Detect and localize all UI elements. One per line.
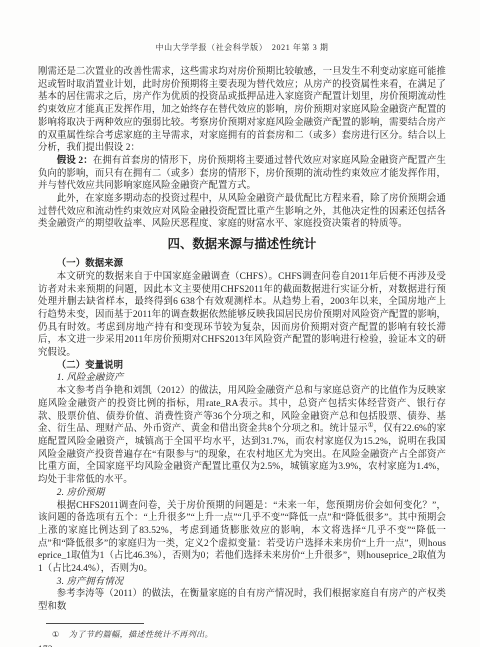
item-2-heading: 2. 房价预期: [38, 487, 446, 500]
paragraph-continuation: 刚需还是二次置业的改善性需求，这些需求均对房价预期比较敏感，一旦发生不利变动家庭…: [38, 66, 446, 155]
paragraph-hypothesis-2: 假设 2：在拥有首套房的情形下，房价预期将主要通过替代效应对家庭风险金融资产配置…: [38, 155, 446, 193]
paragraph-data-source: 本文研究的数据来自于中国家庭金融调查（CHFS）。CHFS调查问卷自2011年后…: [38, 271, 446, 360]
article-body: 刚需还是二次置业的改善性需求，这些需求均对房价预期比较敏感，一旦发生不利变动家庭…: [38, 66, 446, 614]
journal-header: 中山大学学报（社会科学版） 2021 年第 3 期: [38, 42, 446, 53]
footnote-divider: [46, 623, 144, 624]
subsection-2-heading: （二）变量说明: [38, 360, 446, 373]
journal-page: 中山大学学报（社会科学版） 2021 年第 3 期 刚需还是二次置业的改善性需求…: [0, 0, 480, 647]
paragraph-house-price-expectation: 根据CHFS2011调查问卷，关于房价预期的问题是：“未来一年，您预期房价会如何…: [38, 500, 446, 576]
paragraph-risk-assets: 本文参考肖争艳和刘凯（2012）的做法，用风险金融资产总和与家庭总资产的比值作为…: [38, 385, 446, 487]
item-1-heading: 1. 风险金融资产: [38, 372, 446, 385]
hypothesis-label: 假设 2：: [57, 156, 93, 166]
footnote-text: 为了节约篇幅，描述性统计不再列出。: [69, 630, 213, 639]
paragraph-house-ownership: 参考李涛等（2011）的做法，在衡量家庭的自有房产情况时，我们根据家庭自有房产的…: [38, 588, 446, 613]
page-content: 中山大学学报（社会科学版） 2021 年第 3 期 刚需还是二次置业的改善性需求…: [38, 42, 446, 647]
footnote: ①为了节约篇幅，描述性统计不再列出。: [38, 629, 446, 640]
footnote-marker: ①: [52, 630, 60, 639]
subsection-1-heading: （一）数据来源: [38, 258, 446, 271]
section-title: 四、数据来源与描述性统计: [38, 237, 446, 252]
paragraph-addition: 此外，在家庭多期动态的投资过程中，从风险金融资产最优配比方程来看，除了房价预期会…: [38, 193, 446, 231]
hypothesis-text: 在拥有首套房的情形下，房价预期将主要通过替代效应对家庭风险金融资产配置产生负向的…: [38, 156, 446, 191]
item-3-heading: 3. 房产拥有情况: [38, 576, 446, 589]
